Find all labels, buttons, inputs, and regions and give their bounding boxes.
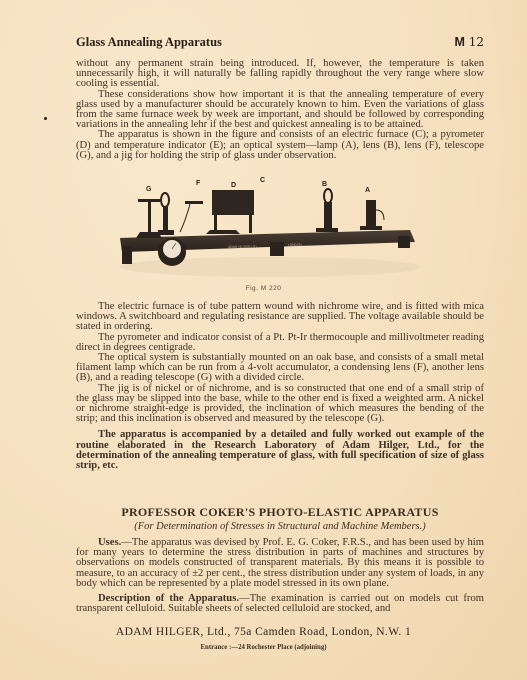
footer-entrance: Entrance :—24 Rochester Place (adjoining… bbox=[0, 644, 527, 651]
annealing-details-text: The electric furnace is of tube pattern … bbox=[76, 302, 484, 471]
paragraph: The apparatus is accompanied by a detail… bbox=[76, 430, 484, 471]
svg-text:LONDON: LONDON bbox=[288, 243, 302, 247]
svg-text:B: B bbox=[322, 181, 327, 188]
paragraph: These considerations show how important … bbox=[76, 90, 484, 131]
coker-text: Uses.—The apparatus was devised by Prof.… bbox=[76, 538, 484, 614]
svg-text:ADAM HILGER LTD.: ADAM HILGER LTD. bbox=[228, 245, 258, 249]
page-title: Glass Annealing Apparatus bbox=[76, 35, 222, 50]
svg-text:D: D bbox=[231, 182, 236, 189]
svg-text:F: F bbox=[196, 180, 201, 187]
paragraph: The apparatus is shown in the figure and… bbox=[76, 130, 484, 161]
page-number-value: 12 bbox=[469, 35, 484, 49]
paragraph: Description of the Apparatus.—The examin… bbox=[76, 594, 484, 614]
svg-text:A: A bbox=[365, 187, 370, 194]
apparatus-illustration-icon: ADAM HILGER LTD. LONDON G F D C bbox=[110, 172, 430, 282]
footer-company: ADAM HILGER, Ltd., 75a Camden Road, Lond… bbox=[0, 626, 527, 638]
scan-speck bbox=[44, 117, 47, 120]
paragraph: The optical system is substantially moun… bbox=[76, 353, 484, 384]
page-header: Glass Annealing Apparatus M 12 bbox=[76, 35, 484, 50]
apparatus-figure: ADAM HILGER LTD. LONDON G F D C bbox=[110, 172, 430, 282]
paragraph: The pyrometer and indicator consist of a… bbox=[76, 333, 484, 353]
svg-text:C: C bbox=[260, 177, 265, 184]
page-number: M 12 bbox=[454, 35, 484, 49]
paragraph: The jig is of nickel or of nichrome, and… bbox=[76, 384, 484, 425]
uses-text: —The apparatus was devised by Prof. E. G… bbox=[76, 537, 484, 589]
section-subtitle: (For Determination of Stresses in Struct… bbox=[76, 521, 484, 532]
page-prefix: M bbox=[454, 35, 464, 49]
paragraph: The electric furnace is of tube pattern … bbox=[76, 302, 484, 333]
figure-caption: Fig. M 220 bbox=[0, 285, 527, 292]
annealing-intro-text: without any permanent strain being intro… bbox=[76, 59, 484, 161]
paragraph: Uses.—The apparatus was devised by Prof.… bbox=[76, 538, 484, 589]
section-title: PROFESSOR COKER'S PHOTO-ELASTIC APPARATU… bbox=[76, 505, 484, 520]
svg-text:G: G bbox=[146, 186, 152, 193]
paragraph: without any permanent strain being intro… bbox=[76, 59, 484, 90]
